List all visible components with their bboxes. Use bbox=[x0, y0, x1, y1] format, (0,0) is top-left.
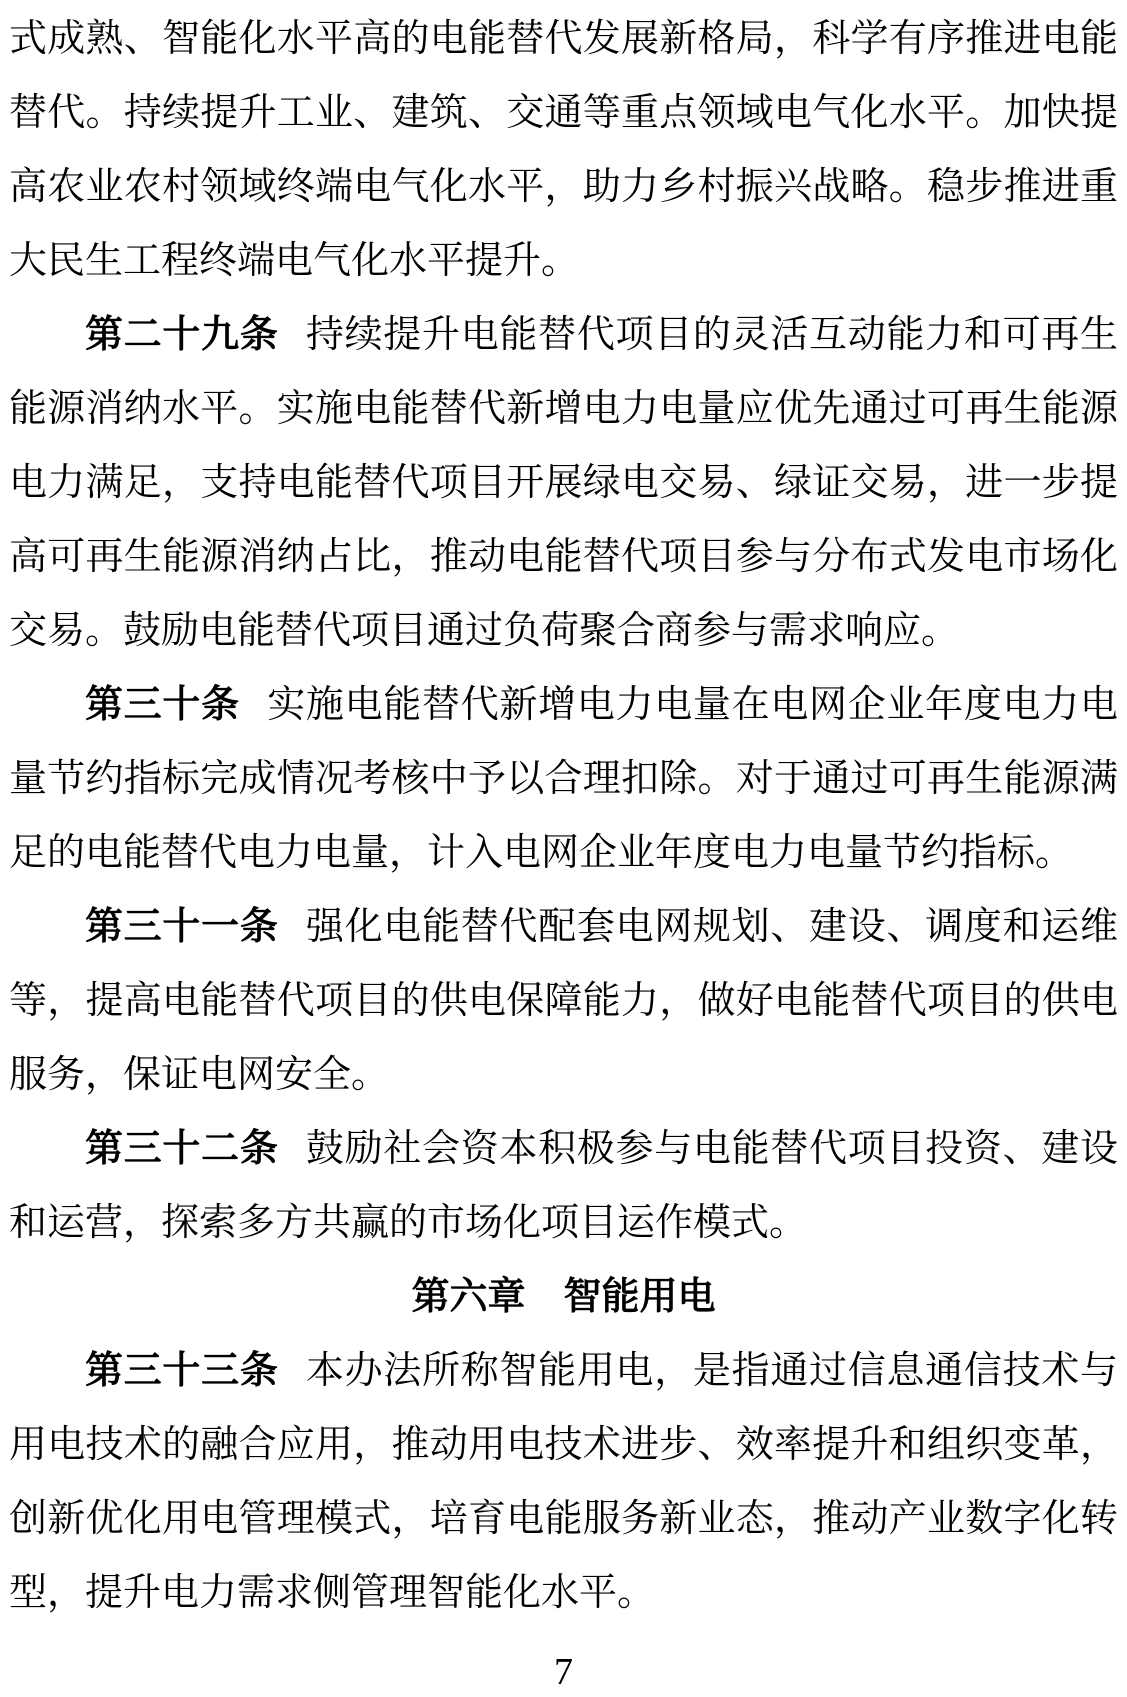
article-29-label: 第二十九条 bbox=[85, 314, 279, 356]
article-30-paragraph: 第三十条实施电能替代新增电力电量在电网企业年度电力电量节约指标完成情况考核中予以… bbox=[9, 668, 1118, 890]
article-32-label: 第三十二条 bbox=[85, 1128, 279, 1170]
paragraph-continuation: 式成熟、智能化水平高的电能替代发展新格局，科学有序推进电能替代。持续提升工业、建… bbox=[9, 2, 1118, 298]
chapter-heading: 第六章 智能用电 bbox=[9, 1260, 1118, 1334]
paragraph-text: 式成熟、智能化水平高的电能替代发展新格局，科学有序推进电能替代。持续提升工业、建… bbox=[9, 18, 1118, 282]
article-32-paragraph: 第三十二条鼓励社会资本积极参与电能替代项目投资、建设和运营，探索多方共赢的市场化… bbox=[9, 1112, 1118, 1260]
article-29-paragraph: 第二十九条持续提升电能替代项目的灵活互动能力和可再生能源消纳水平。实施电能替代新… bbox=[9, 298, 1118, 668]
article-33-label: 第三十三条 bbox=[85, 1350, 279, 1392]
article-33-paragraph: 第三十三条本办法所称智能用电，是指通过信息通信技术与用电技术的融合应用，推动用电… bbox=[9, 1334, 1118, 1630]
article-29-text: 持续提升电能替代项目的灵活互动能力和可再生能源消纳水平。实施电能替代新增电力电量… bbox=[9, 314, 1118, 652]
document-page: 式成熟、智能化水平高的电能替代发展新格局，科学有序推进电能替代。持续提升工业、建… bbox=[0, 0, 1127, 1697]
article-31-label: 第三十一条 bbox=[85, 906, 279, 948]
article-30-label: 第三十条 bbox=[85, 684, 240, 726]
article-31-paragraph: 第三十一条强化电能替代配套电网规划、建设、调度和运维等，提高电能替代项目的供电保… bbox=[9, 890, 1118, 1112]
page-number: 7 bbox=[9, 1646, 1118, 1697]
